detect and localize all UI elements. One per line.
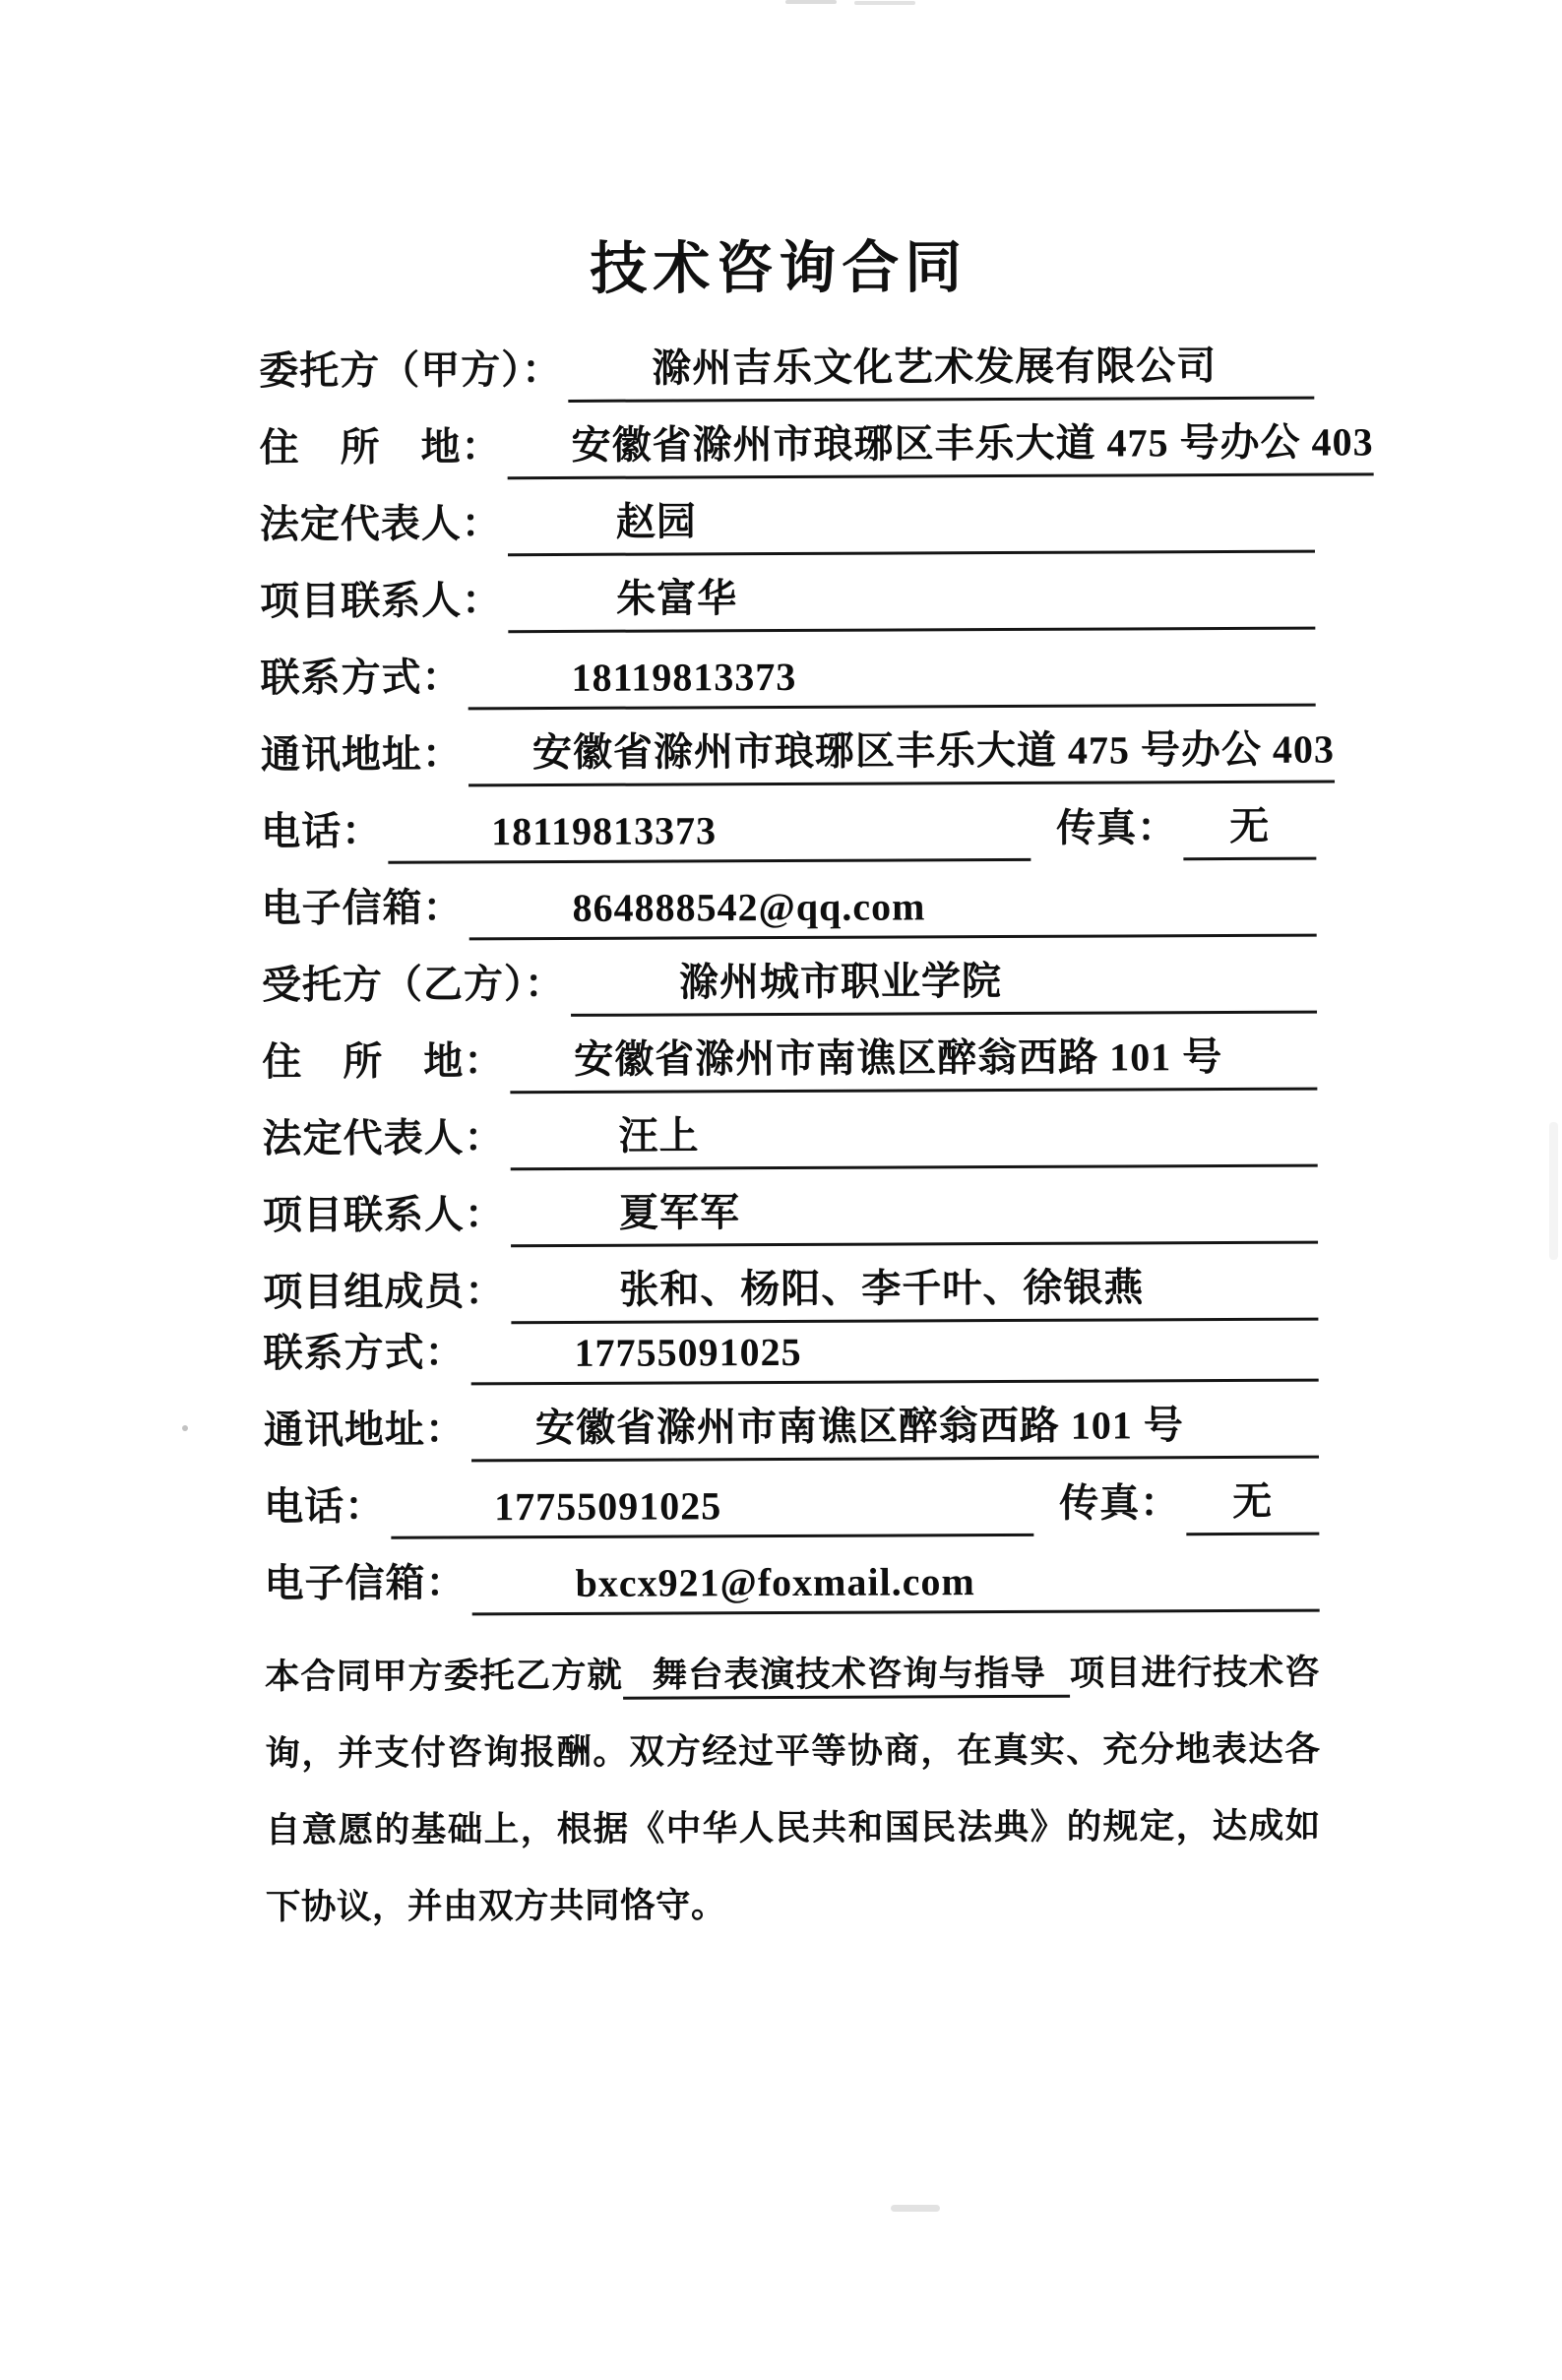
field-row-party-b-team: 项目组成员： 张和、杨阳、李千叶、徐银燕 bbox=[263, 1244, 1318, 1326]
field-label-legal-rep: 法定代表人： bbox=[262, 1106, 504, 1171]
field-label-address: 住 所 地： bbox=[259, 415, 501, 480]
field-label-phone: 电话： bbox=[264, 1475, 385, 1540]
field-label-project-contact: 项目联系人： bbox=[260, 569, 502, 634]
field-value-party-a-phone: 18119813373 bbox=[491, 807, 717, 854]
field-underline: 朱富华 bbox=[508, 565, 1315, 634]
field-row-party-a-name: 委托方（甲方）： 滁州吉乐文化艺术发展有限公司 bbox=[259, 323, 1314, 405]
field-label-fax: 传真： bbox=[1056, 796, 1177, 861]
field-row-party-b-email: 电子信箱： bxcx921@foxmail.com bbox=[264, 1535, 1319, 1617]
field-underline: 864888542@qq.com bbox=[469, 881, 1316, 941]
field-label-project-contact: 项目联系人： bbox=[263, 1183, 505, 1248]
field-value-party-b-phone: 17755091025 bbox=[494, 1482, 721, 1530]
field-value-party-a-contact: 18119813373 bbox=[571, 654, 796, 701]
field-value-party-a-mailing-address: 安徽省滁州市琅琊区丰乐大道 475 号办公 403 bbox=[532, 719, 1335, 779]
field-underline: 汪上 bbox=[510, 1102, 1317, 1171]
field-value-party-b-contact: 17755091025 bbox=[574, 1329, 801, 1376]
field-label-phone: 电话： bbox=[261, 800, 382, 865]
contract-page: 技术咨询合同 委托方（甲方）： 滁州吉乐文化艺术发展有限公司 住 所 地： 安徽… bbox=[0, 0, 1562, 2380]
field-label-party-a: 委托方（甲方）： bbox=[259, 339, 562, 404]
field-label-contact: 联系方式： bbox=[263, 1321, 465, 1386]
field-underline: 赵园 bbox=[508, 488, 1315, 557]
field-underline: 张和、杨阳、李千叶、徐银燕 bbox=[511, 1256, 1318, 1325]
field-value-party-a-address: 安徽省滁州市琅琊区丰乐大道 475 号办公 403 bbox=[571, 410, 1373, 470]
field-underline: 夏军军 bbox=[511, 1179, 1318, 1248]
field-underline: 安徽省滁州市琅琊区丰乐大道 475 号办公 403 bbox=[469, 719, 1335, 787]
field-underline: 安徽省滁州市琅琊区丰乐大道 475 号办公 403 bbox=[507, 410, 1373, 479]
field-label-email: 电子信箱： bbox=[261, 876, 463, 941]
field-value-party-a-fax: 无 bbox=[1229, 795, 1270, 851]
field-row-party-a-legal-rep: 法定代表人： 赵园 bbox=[260, 476, 1315, 558]
preamble-intro: 本合同甲方委托乙方就 bbox=[265, 1656, 623, 1697]
field-underline: 17755091025 bbox=[470, 1326, 1318, 1386]
field-row-party-a-address: 住 所 地： 安徽省滁州市琅琊区丰乐大道 475 号办公 403 bbox=[259, 400, 1314, 481]
field-underline: bxcx921@foxmail.com bbox=[471, 1556, 1319, 1616]
field-label-mailing-address: 通讯地址： bbox=[261, 722, 463, 787]
field-row-party-b-phone-fax: 电话： 17755091025 传真： 无 bbox=[264, 1459, 1319, 1540]
field-underline: 无 bbox=[1186, 1471, 1319, 1536]
scan-artifact-smudge bbox=[891, 2205, 940, 2212]
field-value-party-b-legal-rep: 汪上 bbox=[618, 1104, 699, 1160]
field-row-party-b-mailing-address: 通讯地址： 安徽省滁州市南谯区醉翁西路 101 号 bbox=[264, 1382, 1319, 1464]
field-value-party-a-name: 滁州吉乐文化艺术发展有限公司 bbox=[652, 335, 1217, 394]
field-row-party-a-email: 电子信箱： 864888542@qq.com bbox=[261, 860, 1316, 942]
field-label-party-b: 受托方（乙方）： bbox=[262, 953, 565, 1018]
field-label-legal-rep: 法定代表人： bbox=[260, 492, 502, 557]
field-underline: 18119813373 bbox=[388, 805, 1031, 864]
field-underline: 无 bbox=[1183, 795, 1316, 861]
field-label-address: 住 所 地： bbox=[262, 1030, 504, 1095]
field-value-party-b-fax: 无 bbox=[1232, 1471, 1273, 1527]
field-label-team: 项目组成员： bbox=[263, 1260, 505, 1325]
field-value-party-b-email: bxcx921@foxmail.com bbox=[575, 1558, 974, 1606]
contract-content: 技术咨询合同 委托方（甲方）： 滁州吉乐文化艺术发展有限公司 住 所 地： 安徽… bbox=[0, 0, 1562, 1946]
field-label-email: 电子信箱： bbox=[264, 1551, 466, 1616]
field-underline: 18119813373 bbox=[468, 651, 1315, 711]
field-value-party-b-team: 张和、杨阳、李千叶、徐银燕 bbox=[619, 1256, 1144, 1314]
field-underline: 17755091025 bbox=[391, 1480, 1033, 1539]
field-underline: 滁州城市职业学院 bbox=[571, 949, 1317, 1017]
field-value-party-b-address: 安徽省滁州市南谯区醉翁西路 101 号 bbox=[574, 1026, 1222, 1085]
field-row-party-a-contact: 联系方式： 18119813373 bbox=[260, 630, 1315, 712]
field-row-party-a-phone-fax: 电话： 18119813373 传真： 无 bbox=[261, 783, 1316, 865]
field-label-contact: 联系方式： bbox=[260, 646, 462, 711]
field-row-party-a-mailing-address: 通讯地址： 安徽省滁州市琅琊区丰乐大道 475 号办公 403 bbox=[261, 707, 1316, 788]
field-row-party-a-project-contact: 项目联系人： 朱富华 bbox=[260, 553, 1315, 635]
field-value-party-b-project-contact: 夏军军 bbox=[619, 1181, 740, 1238]
field-underline: 安徽省滁州市南谯区醉翁西路 101 号 bbox=[471, 1394, 1319, 1463]
field-value-party-a-project-contact: 朱富华 bbox=[616, 567, 737, 624]
contract-title: 技术咨询合同 bbox=[0, 231, 1560, 307]
field-label-fax: 传真： bbox=[1059, 1472, 1180, 1536]
contract-header-form: 委托方（甲方）： 滁州吉乐文化艺术发展有限公司 住 所 地： 安徽省滁州市琅琊区… bbox=[259, 323, 1320, 1617]
contract-preamble-paragraph: 本合同甲方委托乙方就舞台表演技术咨询与指导项目进行技术咨询，并支付咨询报酬。双方… bbox=[265, 1634, 1321, 1946]
field-label-mailing-address: 通讯地址： bbox=[264, 1398, 466, 1463]
field-underline: 安徽省滁州市南谯区醉翁西路 101 号 bbox=[510, 1026, 1317, 1095]
field-row-party-b-name: 受托方（乙方）： 滁州城市职业学院 bbox=[262, 937, 1317, 1019]
field-row-party-b-project-contact: 项目联系人： 夏军军 bbox=[263, 1167, 1318, 1249]
project-name-underlined: 舞台表演技术咨询与指导 bbox=[623, 1654, 1070, 1700]
field-value-party-a-email: 864888542@qq.com bbox=[572, 883, 925, 931]
field-value-party-a-legal-rep: 赵园 bbox=[616, 490, 697, 546]
field-value-party-b-name: 滁州城市职业学院 bbox=[679, 950, 1002, 1007]
field-row-party-b-legal-rep: 法定代表人： 汪上 bbox=[262, 1091, 1317, 1172]
field-underline: 滁州吉乐文化艺术发展有限公司 bbox=[568, 335, 1314, 403]
field-row-party-b-address: 住 所 地： 安徽省滁州市南谯区醉翁西路 101 号 bbox=[262, 1014, 1317, 1096]
field-row-party-b-contact: 联系方式： 17755091025 bbox=[263, 1321, 1318, 1387]
field-value-party-b-mailing-address: 安徽省滁州市南谯区醉翁西路 101 号 bbox=[535, 1394, 1184, 1453]
